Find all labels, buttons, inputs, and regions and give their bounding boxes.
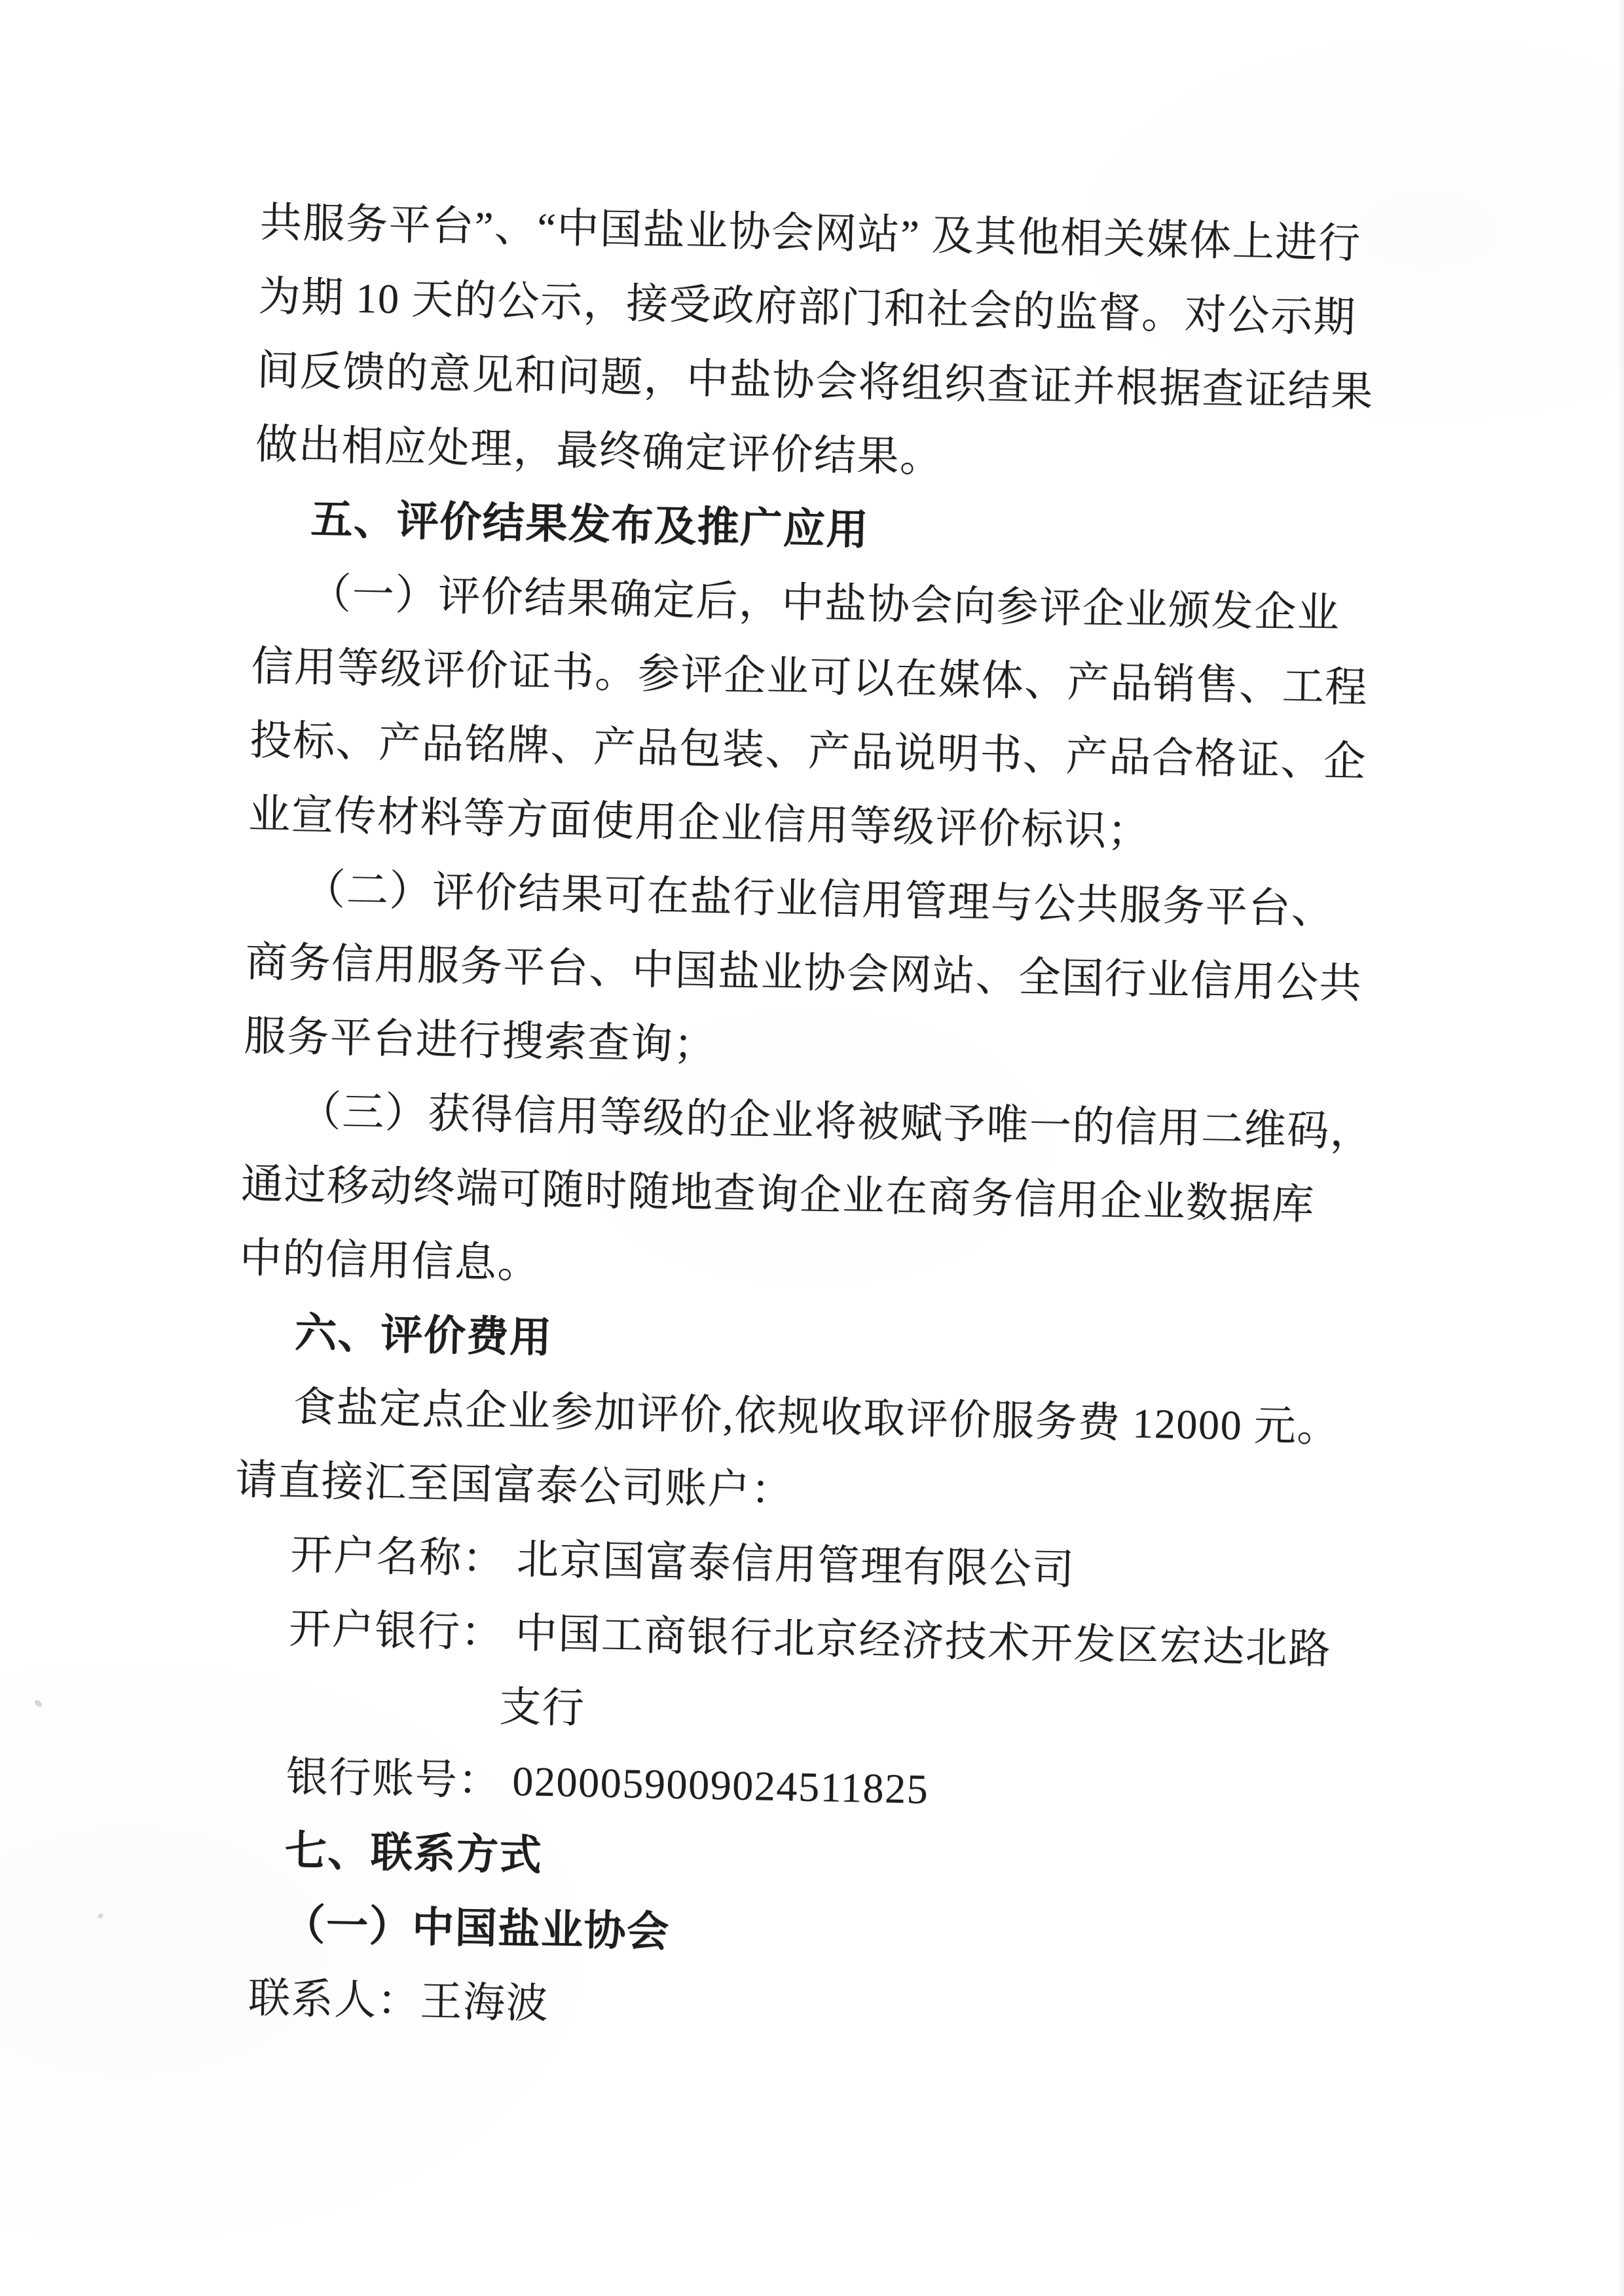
scan-edge-shading bbox=[1617, 0, 1624, 2296]
document-text-block: 共服务平台”、“中国盐业协会网站” 及其他相关媒体上进行为期 10 天的公示，接… bbox=[225, 185, 1433, 2057]
scanned-document-page: { "page": { "background": "#ffffff", "in… bbox=[0, 0, 1624, 2296]
scan-speck bbox=[33, 1699, 43, 1708]
scan-speck bbox=[97, 1912, 104, 1919]
